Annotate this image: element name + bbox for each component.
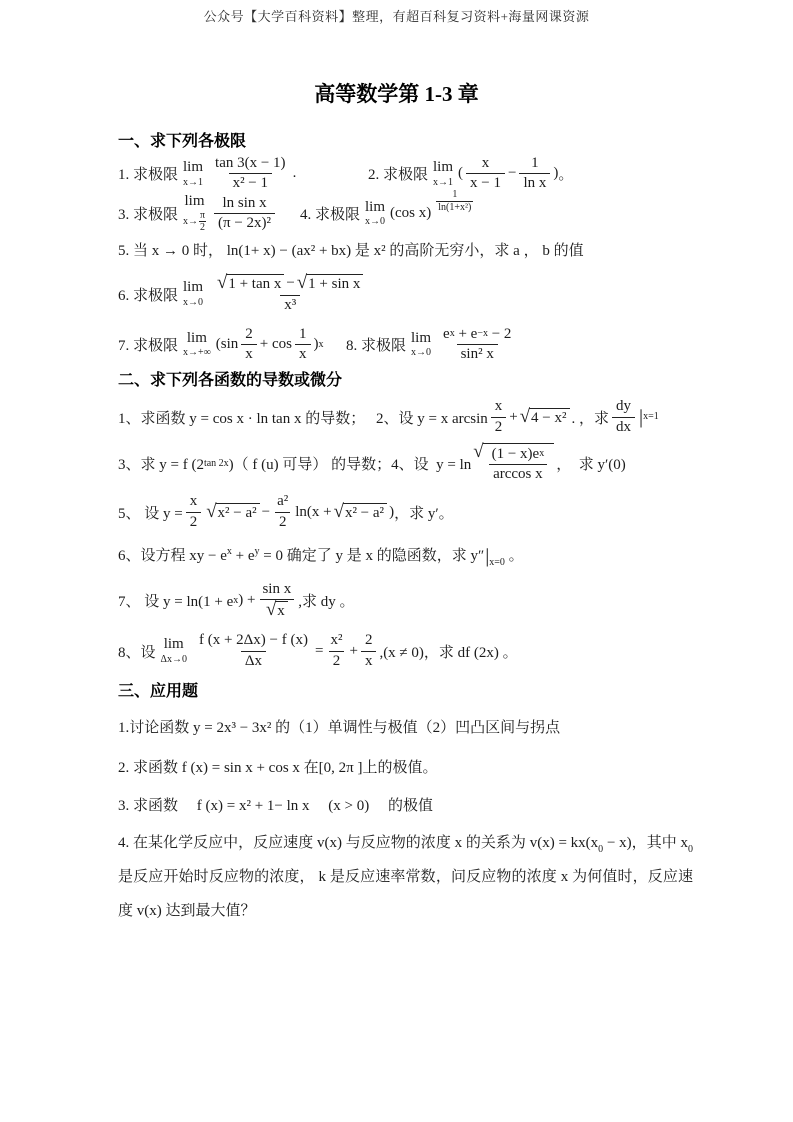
radicand: x² − a² [216, 503, 260, 522]
radicand: 1 + sin x [306, 274, 363, 293]
limit-operator: lim x→0 [183, 280, 203, 308]
problem-a3: 3. 求函数 f (x) = x² + 1− ln x (x > 0) 的极值 [118, 794, 693, 818]
math-token: )（ f (u) 可导） 的导数；4、设 y = ln [229, 453, 472, 474]
math-token: ， 求 y′(0) [556, 453, 626, 474]
problem-4: 4. 求极限 lim x→0 (cos x) 1 ln(1+x²) [300, 200, 476, 228]
problems-d3-d4: 3、求 y = f (2 tan 2x )（ f (u) 可导） 的导数；4、设… [118, 443, 693, 485]
math-token: + e [232, 548, 255, 564]
fraction-numerator: 2 [241, 325, 257, 344]
problem-text: − x)，其中 x [603, 835, 688, 851]
lim-subscript: x→0 [183, 297, 203, 308]
problem-text: 5. 当 x → 0 时， ln(1+ x) − (ax² + bx) 是 x²… [118, 243, 584, 259]
fraction-denominator: 2 [199, 221, 206, 233]
problem-label: 3. 求极限 [118, 203, 178, 224]
fraction-denominator: dx [612, 417, 635, 437]
lim-subscript: x→0 [411, 347, 431, 358]
fraction: x 2 [491, 397, 507, 437]
section-3-heading: 三、应用题 [118, 681, 693, 702]
sqrt: √ 1 + sin x [297, 274, 364, 293]
problem-label: 1. 求极限 [118, 163, 178, 184]
problem-2: 2. 求极限 lim x→1 ( x x − 1 − 1 ln x ) 。 [368, 154, 573, 194]
fraction-numerator: e x + e −x − 2 [439, 325, 515, 344]
math-token: x→ [183, 216, 198, 227]
fraction: e x + e −x − 2 sin² x [439, 325, 515, 365]
fraction-denominator: 2 [491, 417, 507, 437]
fraction-numerator: ln sin x [218, 194, 270, 213]
problem-text: 4. 在某化学反应中，反应速度 v(x) 与反应物的浓度 x 的关系为 v(x)… [118, 835, 598, 851]
fraction-denominator: x² − 1 [229, 173, 272, 193]
problem-label: 8. 求极限 [346, 334, 406, 355]
lim-word: lim [187, 331, 207, 347]
problem-label: 7. 求极限 [118, 334, 178, 355]
plus-sign: + [349, 643, 357, 660]
problem-d7: 7、 设 y = ln(1 + e x ) + sin x √ x ,求 dy … [118, 580, 693, 622]
radicand: x² − a² [343, 503, 387, 522]
math-token: . [293, 165, 297, 182]
fraction-denominator: 2 [186, 512, 202, 532]
math-token: ，求 y′。 [394, 502, 454, 523]
page-header: 公众号【大学百科资料】整理，有超百科复习资料+海量网课资源 [0, 0, 793, 25]
lim-subscript: x→1 [433, 177, 453, 188]
problem-a1: 1.讨论函数 y = 2x³ − 3x² 的（1）单调性与极值（2）凹凸区间与拐… [118, 716, 693, 740]
math-token: ( [458, 165, 463, 182]
sqrt: √ 1 + tan x [217, 274, 284, 293]
fraction: sin x √ x [258, 580, 295, 622]
fraction-denominator: (π − 2x)² [214, 213, 275, 233]
fraction-numerator: x [186, 492, 202, 511]
fraction-numerator: tan 3(x − 1) [211, 154, 290, 173]
math-token: + e [455, 326, 478, 343]
problem-text: 2. 求函数 f (x) = sin x + cos x 在[0, 2π ]上的… [118, 760, 437, 776]
fraction-numerator: √ 1 + tan x − √ 1 + sin x [211, 273, 369, 294]
problem-a4: 4. 在某化学反应中，反应速度 v(x) 与反应物的浓度 x 的关系为 v(x)… [118, 826, 693, 928]
minus-sign: − [286, 275, 294, 292]
radicand: 1 + tan x [226, 274, 284, 293]
fraction: 2 x [361, 631, 377, 671]
fraction-numerator: sin x [258, 580, 295, 599]
fraction-numerator: 2 [361, 631, 377, 650]
section-1-heading: 一、求下列各极限 [118, 131, 693, 152]
fraction: √ 1 + tan x − √ 1 + sin x x³ [211, 273, 369, 315]
radicand: x [275, 601, 288, 620]
fraction: 2 x [241, 325, 257, 365]
problem-d2: 2、设 y = x arcsin x 2 + √ 4 − x² . ，求 dy … [376, 397, 659, 437]
fraction-numerator: 1 [450, 189, 459, 201]
problem-3: 3. 求极限 lim x→ π 2 ln sin x (π − 2x)² [118, 194, 300, 234]
problem-label: 2. 求极限 [368, 163, 428, 184]
lim-subscript: Δx→0 [161, 654, 187, 665]
problem-label: 5、 设 y = [118, 502, 183, 523]
math-token: ,求 dy 。 [298, 590, 354, 611]
fraction-numerator: x [478, 154, 494, 173]
fraction-denominator: 2 [275, 512, 291, 532]
problem-text: 1.讨论函数 y = 2x³ − 3x² 的（1）单调性与极值（2）凹凸区间与拐… [118, 720, 560, 736]
problem-d1: 1、求函数 y = cos x · ln tan x 的导数； [118, 407, 376, 428]
problem-5: 5. 当 x → 0 时， ln(1+ x) − (ax² + bx) 是 x²… [118, 239, 693, 263]
fraction-denominator: √ x [260, 599, 294, 621]
math-token: + cos [260, 336, 292, 353]
limit-operator: lim Δx→0 [161, 637, 187, 665]
sqrt: √ x² − a² [334, 503, 387, 522]
limit-operator: lim x→ π 2 [183, 194, 206, 234]
minus-sign: − [508, 165, 516, 182]
lim-word: lim [164, 637, 184, 653]
lim-word: lim [185, 194, 205, 210]
math-token: ) + [238, 592, 255, 609]
fraction: x 2 [186, 492, 202, 532]
fraction-denominator: x [295, 344, 311, 364]
math-token: = 0 确定了 y 是 x 的隐函数，求 y″ [260, 548, 485, 564]
page-title: 高等数学第 1-3 章 [0, 79, 793, 109]
problem-text: 3. 求函数 f (x) = x² + 1− ln x (x > 0) 的极值 [118, 798, 433, 814]
fraction-numerator: x [491, 397, 507, 416]
math-token: 6、设方程 xy − e [118, 548, 227, 564]
lim-subscript: x→1 [183, 177, 203, 188]
document-body: 一、求下列各极限 1. 求极限 lim x→1 tan 3(x − 1) x² … [118, 131, 693, 928]
sqrt: √ 4 − x² [520, 408, 570, 427]
problem-text: 1、求函数 y = cos x · ln tan x 的导数； [118, 407, 365, 428]
fraction-numerator: 1 [295, 325, 311, 344]
radicand: (1 − x)e x arccos x [483, 443, 555, 485]
problem-1: 1. 求极限 lim x→1 tan 3(x − 1) x² − 1 . [118, 154, 368, 194]
fraction-denominator: Δx [241, 651, 266, 671]
minus-sign: − [262, 504, 270, 521]
fraction-numerator: 1 [527, 154, 543, 173]
plus-sign: + [509, 409, 517, 426]
fraction: dy dx [612, 397, 635, 437]
limit-operator: lim x→0 [365, 200, 385, 228]
sqrt: √ x² − a² [206, 503, 259, 522]
math-token: (sin [216, 336, 239, 353]
fraction-denominator: sin² x [457, 344, 498, 364]
math-token: 3、求 y = f (2 [118, 453, 204, 474]
row-problems-3-4: 3. 求极限 lim x→ π 2 ln sin x (π − 2x)² 4. … [118, 194, 693, 234]
evaluation-subscript: x=0 [489, 557, 505, 568]
math-token: ,(x ≠ 0)，求 df (2x) 。 [379, 641, 517, 662]
problem-7: 7. 求极限 lim x→+∞ (sin 2 x + cos 1 x ) x [118, 325, 346, 365]
fraction-denominator: x [241, 344, 257, 364]
radicand: 4 − x² [529, 408, 569, 427]
fraction: ln sin x (π − 2x)² [214, 194, 275, 234]
fraction: 1 ln(1+x²) [436, 189, 473, 213]
problem-8: 8. 求极限 lim x→0 e x + e −x − 2 sin² x [346, 325, 518, 365]
problem-label: 6. 求极限 [118, 284, 178, 305]
math-token: 。 [505, 548, 524, 564]
fraction: x² 2 [326, 631, 346, 671]
fraction: tan 3(x − 1) x² − 1 [211, 154, 290, 194]
exponent-fraction: 1 ln(1+x²) [433, 189, 476, 213]
fraction: x x − 1 [466, 154, 505, 194]
lim-word: lim [365, 200, 385, 216]
fraction-numerator: a² [273, 492, 292, 511]
lim-word: lim [433, 160, 453, 176]
fraction-numerator: f (x + 2Δx) − f (x) [195, 631, 312, 650]
math-token: ln(x + [295, 504, 331, 521]
problem-d6: 6、设方程 xy − ex + ey = 0 确定了 y 是 x 的隐函数，求 … [118, 544, 693, 568]
row-derivatives-1-2: 1、求函数 y = cos x · ln tan x 的导数； 2、设 y = … [118, 397, 693, 437]
fraction-numerator: x² [326, 631, 346, 650]
row-problems-7-8: 7. 求极限 lim x→+∞ (sin 2 x + cos 1 x ) x 8… [118, 325, 693, 365]
problem-label: 8、设 [118, 641, 156, 662]
fraction: f (x + 2Δx) − f (x) Δx [195, 631, 312, 671]
lim-subscript: x→0 [365, 216, 385, 227]
fraction: (1 − x)e x arccos x [488, 445, 549, 485]
fraction-denominator: x [361, 651, 377, 671]
lim-subscript: x→ π 2 [183, 210, 206, 233]
fraction-numerator: (1 − x)e x [488, 445, 549, 464]
problem-6: 6. 求极限 lim x→0 √ 1 + tan x − √ 1 + sin x… [118, 273, 693, 315]
row-problems-1-2: 1. 求极限 lim x→1 tan 3(x − 1) x² − 1 . 2. … [118, 154, 693, 194]
lim-word: lim [183, 160, 203, 176]
fraction-denominator: ln(1+x²) [436, 201, 473, 214]
fraction-denominator: ln x [519, 173, 550, 193]
math-token: . ，求 [572, 407, 610, 428]
fraction-numerator: dy [612, 397, 635, 416]
mini-fraction: π 2 [199, 210, 206, 233]
math-token: − 2 [488, 326, 511, 343]
problem-label: 2、设 y = x arcsin [376, 407, 488, 428]
fraction: 1 x [295, 325, 311, 365]
lim-subscript: x→+∞ [183, 347, 211, 358]
limit-operator: lim x→+∞ [183, 331, 211, 359]
fraction: a² 2 [273, 492, 292, 532]
math-token: (cos x) [390, 205, 431, 222]
math-token: e [443, 326, 450, 343]
fraction-numerator: π [200, 210, 205, 221]
limit-operator: lim x→1 [183, 160, 203, 188]
section-2-heading: 二、求下列各函数的导数或微分 [118, 370, 693, 391]
math-token: ) [314, 336, 319, 353]
fraction-denominator: arccos x [489, 464, 547, 484]
problem-label: 4. 求极限 [300, 203, 360, 224]
lim-word: lim [183, 280, 203, 296]
limit-operator: lim x→1 [433, 160, 453, 188]
sqrt: √ x [266, 601, 288, 620]
limit-operator: lim x→0 [411, 331, 431, 359]
problem-d5: 5、 设 y = x 2 √ x² − a² − a² 2 ln(x + √ x… [118, 492, 693, 532]
math-token: (1 − x)e [492, 446, 540, 463]
problem-d8: 8、设 lim Δx→0 f (x + 2Δx) − f (x) Δx = x²… [118, 631, 693, 671]
fraction-denominator: 2 [329, 651, 345, 671]
math-token: 。 [558, 163, 573, 184]
lim-word: lim [411, 331, 431, 347]
fraction: 1 ln x [519, 154, 550, 194]
equals-sign: = [315, 643, 323, 660]
sqrt: √ (1 − x)e x arccos x [473, 443, 554, 485]
math-token: 7、 设 y = ln(1 + e [118, 590, 233, 611]
problem-a2: 2. 求函数 f (x) = sin x + cos x 在[0, 2π ]上的… [118, 756, 693, 780]
fraction-denominator: x³ [280, 295, 300, 315]
